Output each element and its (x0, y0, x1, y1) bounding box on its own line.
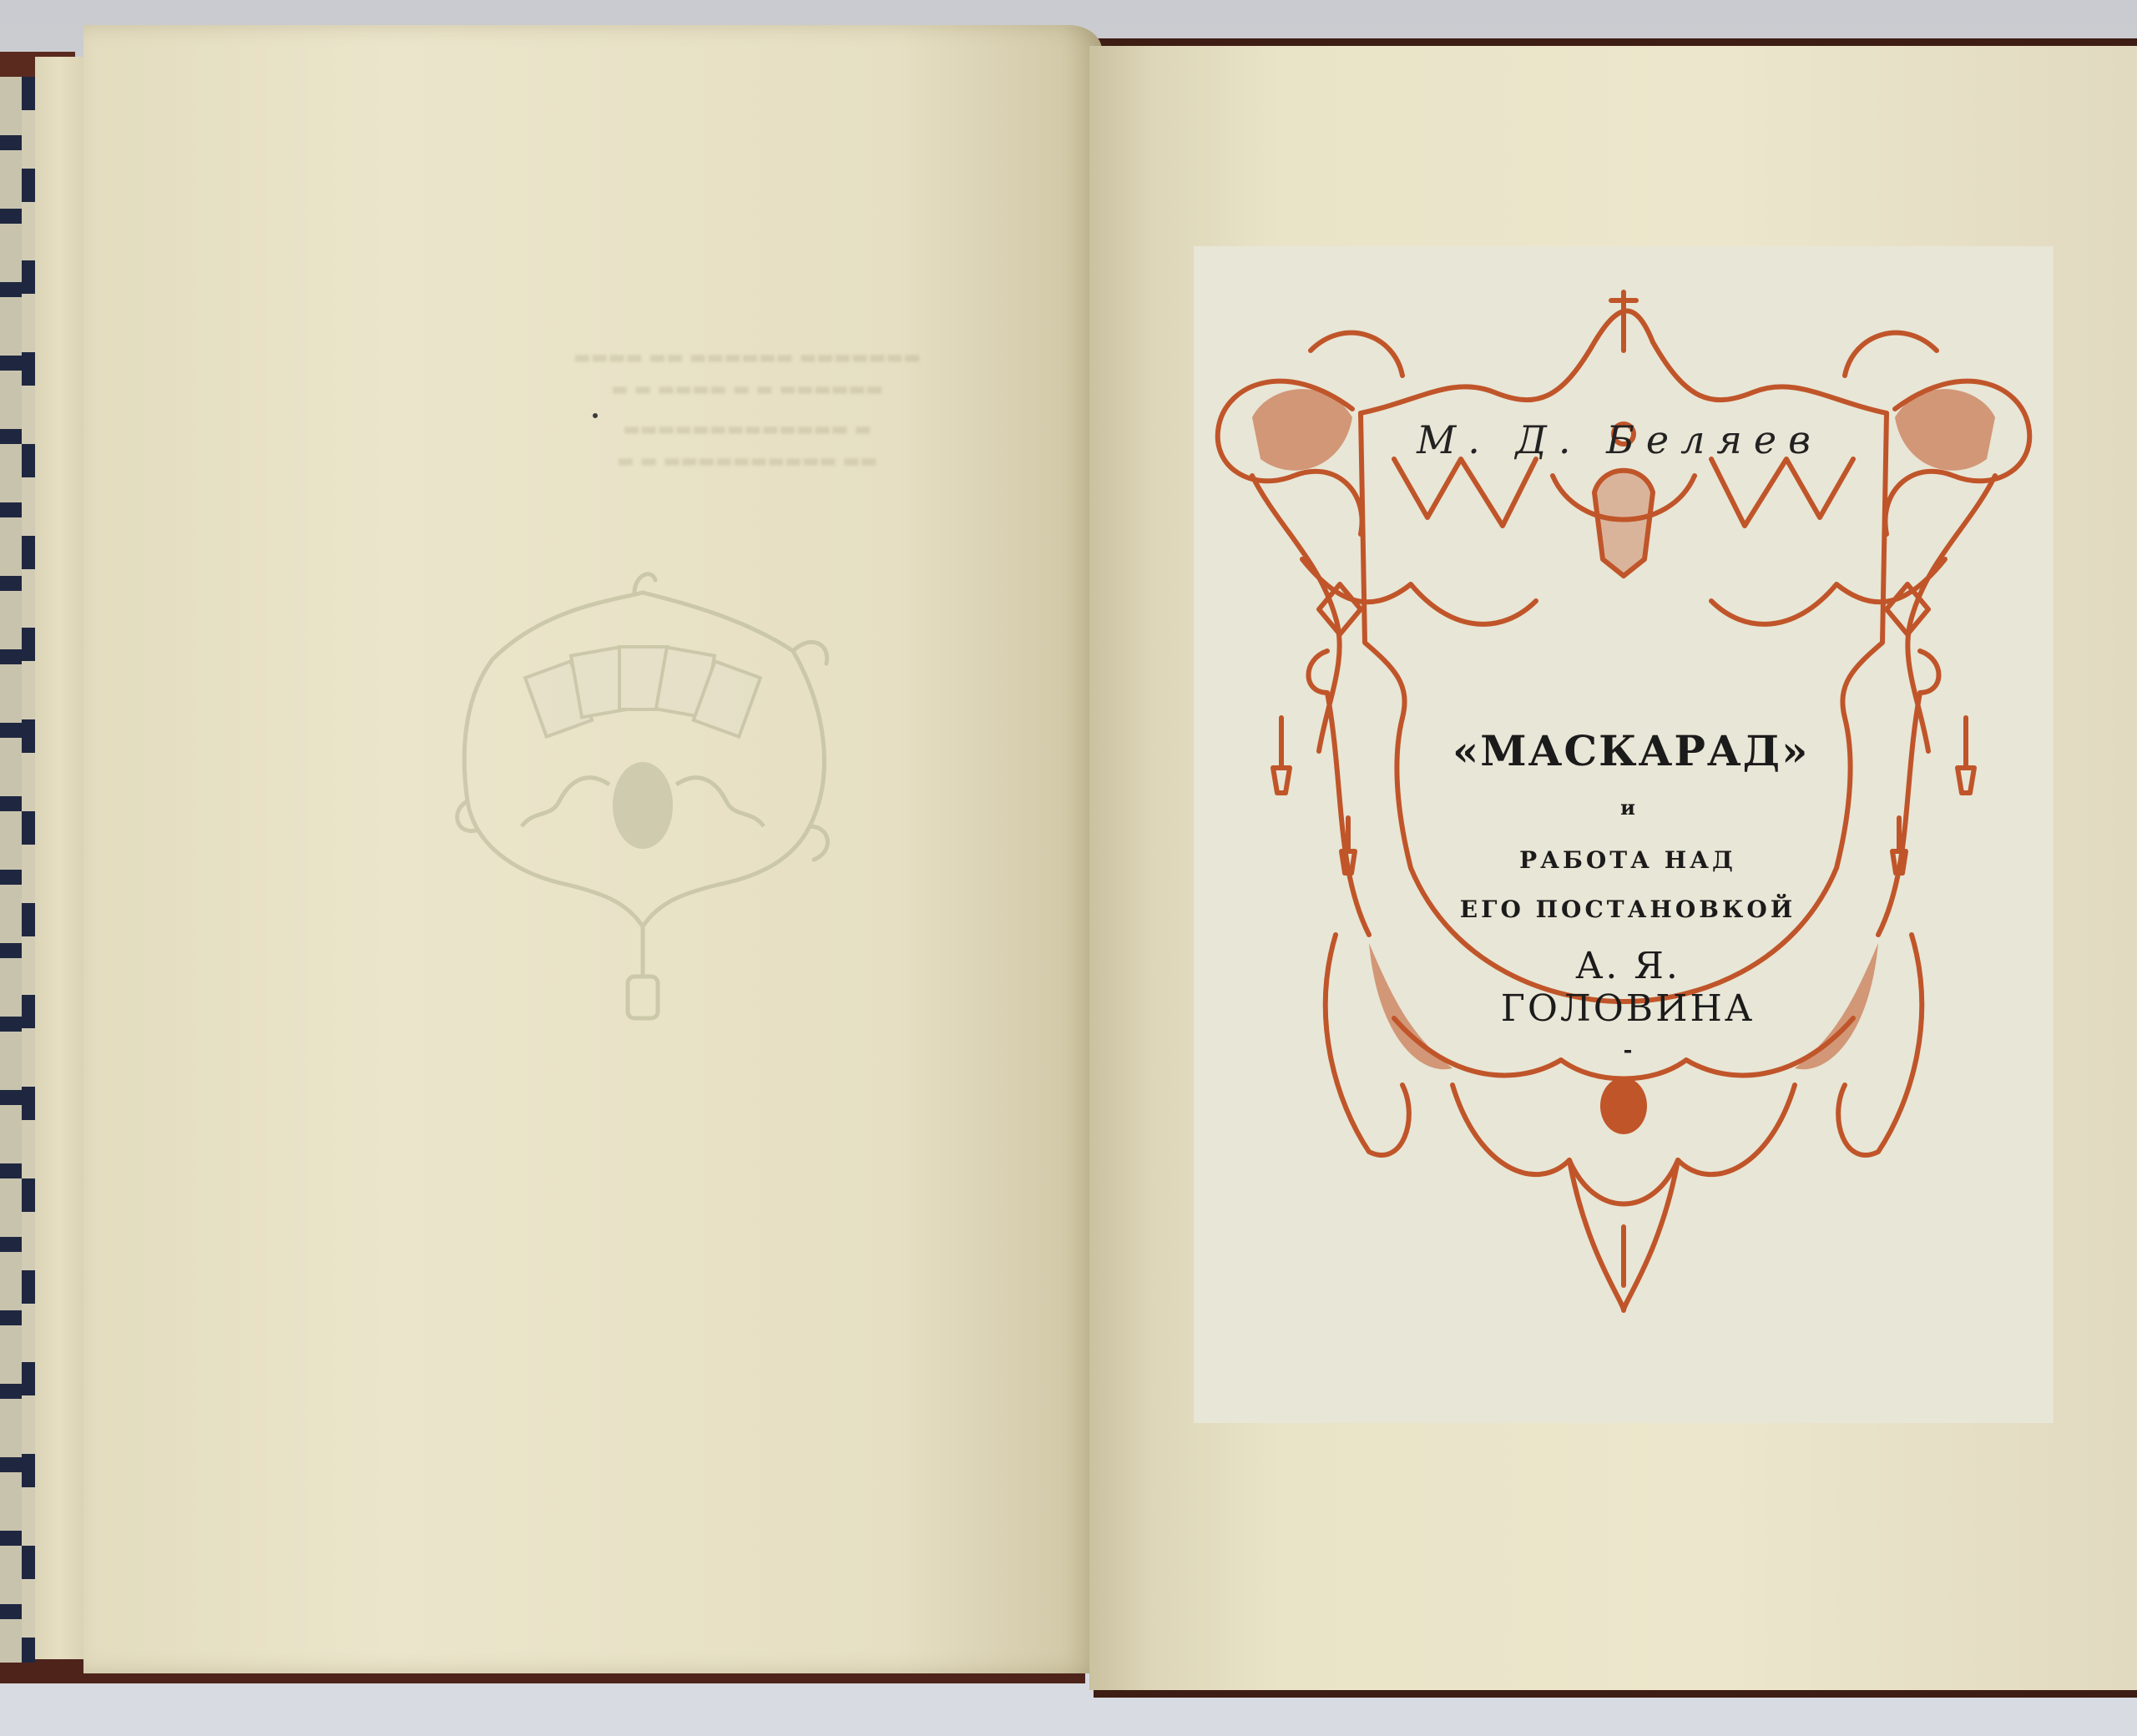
book-title: «МАСКАРАД» (1452, 726, 1803, 775)
subtitle-line-2: ЕГО ПОСТАНОВКОЙ (1452, 896, 1803, 923)
bleed-through-emblem-icon (442, 559, 843, 1043)
marbled-endpaper (0, 77, 35, 1663)
title-conjunction: и (1452, 795, 1803, 820)
closing-dash: - (1452, 1038, 1803, 1063)
artist-name: А. Я. ГОЛОВИНА (1452, 945, 1803, 1030)
subtitle-line-1: РАБОТА НАД (1452, 846, 1803, 874)
title-block: «МАСКАРАД» и РАБОТА НАД ЕГО ПОСТАНОВКОЙ … (1452, 726, 1803, 1063)
paper-speck (593, 413, 598, 418)
author-name: М. Д. Беляев (1402, 417, 1836, 462)
bleed-through-text: ▬▬▬▬ ▬▬ ▬▬▬▬▬▬ ▬▬▬▬▬▬▬ ▬ ▬ ▬▬▬▬ ▬ ▬ ▬▬▬▬… (551, 342, 943, 477)
book-cover-bottom-right (1094, 1689, 2137, 1698)
mask-icon (1600, 1077, 1647, 1134)
